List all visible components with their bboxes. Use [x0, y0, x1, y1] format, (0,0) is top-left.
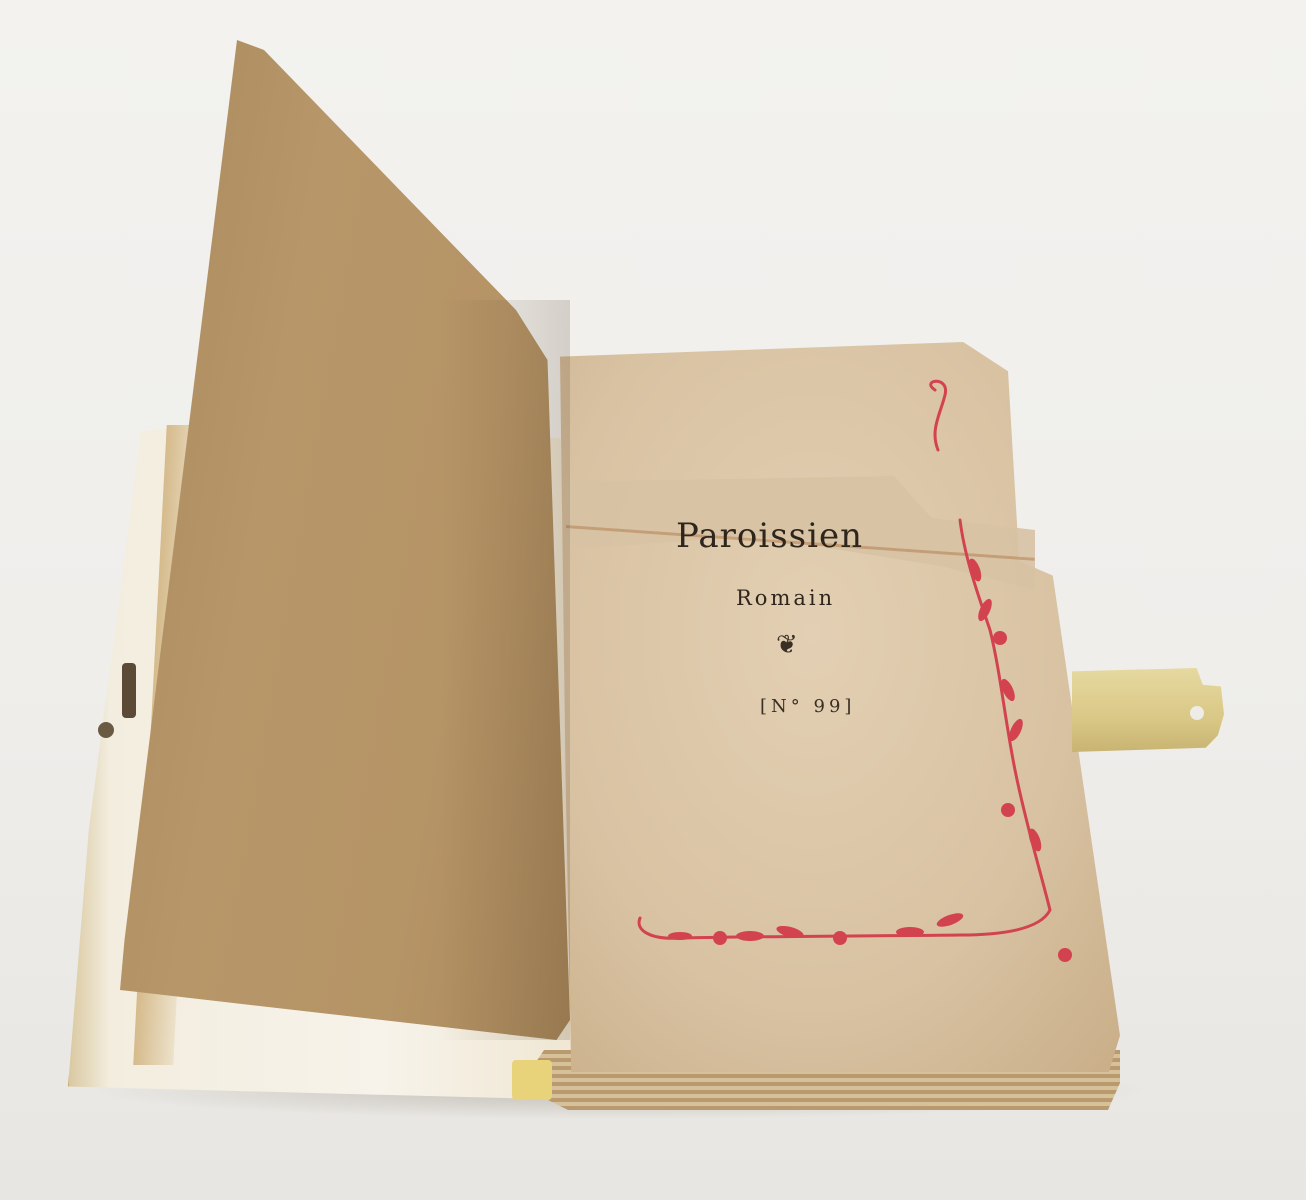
- clasp-hole: [1190, 706, 1204, 720]
- title-text: Paroissien: [676, 516, 863, 556]
- floral-border-ornament: [620, 370, 1100, 990]
- edition-number: [N° 99]: [760, 696, 855, 717]
- clasp-hinge: [122, 663, 136, 718]
- subtitle-text: Romain: [736, 586, 835, 610]
- ornament-icon: ❦: [776, 630, 798, 660]
- clasp-pin: [98, 722, 114, 738]
- flyleaf-shade: [440, 300, 570, 1040]
- ribbon-marker: [512, 1060, 552, 1100]
